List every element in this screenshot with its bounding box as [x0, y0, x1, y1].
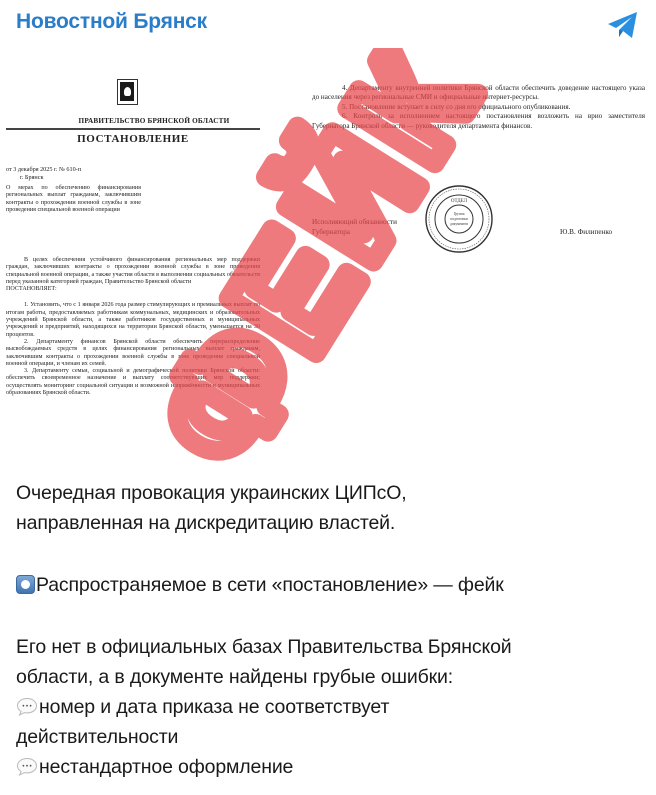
svg-text:Группа: Группа — [454, 212, 465, 216]
speech-bubble-icon — [16, 697, 38, 716]
coat-of-arms-icon — [117, 79, 138, 105]
document-photo[interactable]: ПРАВИТЕЛЬСТВО БРЯНСКОЙ ОБЛАСТИ ПОСТАНОВЛ… — [0, 48, 656, 463]
government-name: ПРАВИТЕЛЬСТВО БРЯНСКОЙ ОБЛАСТИ — [44, 117, 264, 125]
document-subject: О мерах по обеспечению финансирования ре… — [6, 185, 141, 215]
signer-role-line2: Губернатора — [312, 228, 397, 238]
message-paragraph-1: Очередная провокация украинских ЦИПсО, н… — [16, 478, 646, 538]
signer-name: Ю.В. Филипенко — [560, 228, 612, 236]
item-2: 2. Департаменту финансов Брянской област… — [6, 339, 260, 368]
telegram-logo-icon[interactable] — [606, 10, 640, 40]
signer-role-line1: Исполняющий обязанности — [312, 218, 397, 228]
white-circle-button-icon — [16, 575, 35, 594]
bullet-continuation: действительности — [16, 722, 646, 752]
item-6: 6. Контроль за исполнением настоящего по… — [312, 112, 645, 131]
speech-bubble-icon — [16, 757, 38, 776]
bullet-item: номер и дата приказа не соответствует — [16, 692, 646, 722]
svg-text:ОТДЕЛ: ОТДЕЛ — [451, 199, 468, 204]
message-paragraph-2: Распространяемое в сети «постановление» … — [16, 570, 646, 600]
message-paragraph-3: Его нет в официальных базах Правительств… — [16, 632, 646, 782]
document-body-left: В целях обеспечения устойчивого финансир… — [6, 257, 260, 397]
svg-text:документов: документов — [450, 222, 468, 226]
item-1: 1. Установить, что с 1 января 2026 года … — [6, 302, 260, 338]
item-4: 4. Департаменту внутренней политики Брян… — [312, 84, 645, 103]
decree-word: ПОСТАНОВЛЯЕТ: — [6, 286, 260, 293]
bullet-item: нестандартное оформление — [16, 752, 646, 782]
preamble: В целях обеспечения устойчивого финансир… — [6, 257, 260, 286]
message-line: направленная на дискредитацию властей. — [16, 508, 646, 538]
signer-role: Исполняющий обязанности Губернатора — [312, 218, 397, 237]
message-line: Очередная провокация украинских ЦИПсО, — [16, 478, 646, 508]
channel-title[interactable]: Новостной Брянск — [16, 10, 207, 34]
bullet-text: нестандартное оформление — [39, 756, 293, 778]
header-rule — [6, 128, 260, 130]
svg-text:подготовки: подготовки — [450, 217, 467, 221]
message-line: области, а в документе найдены грубые ош… — [16, 662, 646, 692]
document-date-number: от 3 декабря 2025 г. № 610-п — [6, 166, 81, 174]
item-3: 3. Департаменту семьи, социальной и демо… — [6, 368, 260, 397]
fake-claim-text: Распространяемое в сети «постановление» … — [36, 574, 504, 596]
channel-header: Новостной Брянск — [0, 0, 656, 48]
document-type: ПОСТАНОВЛЕНИЕ — [6, 133, 260, 145]
item-5: 5. Постановление вступает в силу со дня … — [312, 103, 645, 112]
bullet-text: номер и дата приказа не соответствует — [39, 696, 389, 718]
message-line: Его нет в официальных базах Правительств… — [16, 632, 646, 662]
document-body-right: 4. Департаменту внутренней политики Брян… — [312, 84, 645, 131]
document-city: г. Брянск — [20, 174, 44, 181]
official-seal-icon: ОТДЕЛ Группа подготовки документов — [424, 184, 494, 254]
